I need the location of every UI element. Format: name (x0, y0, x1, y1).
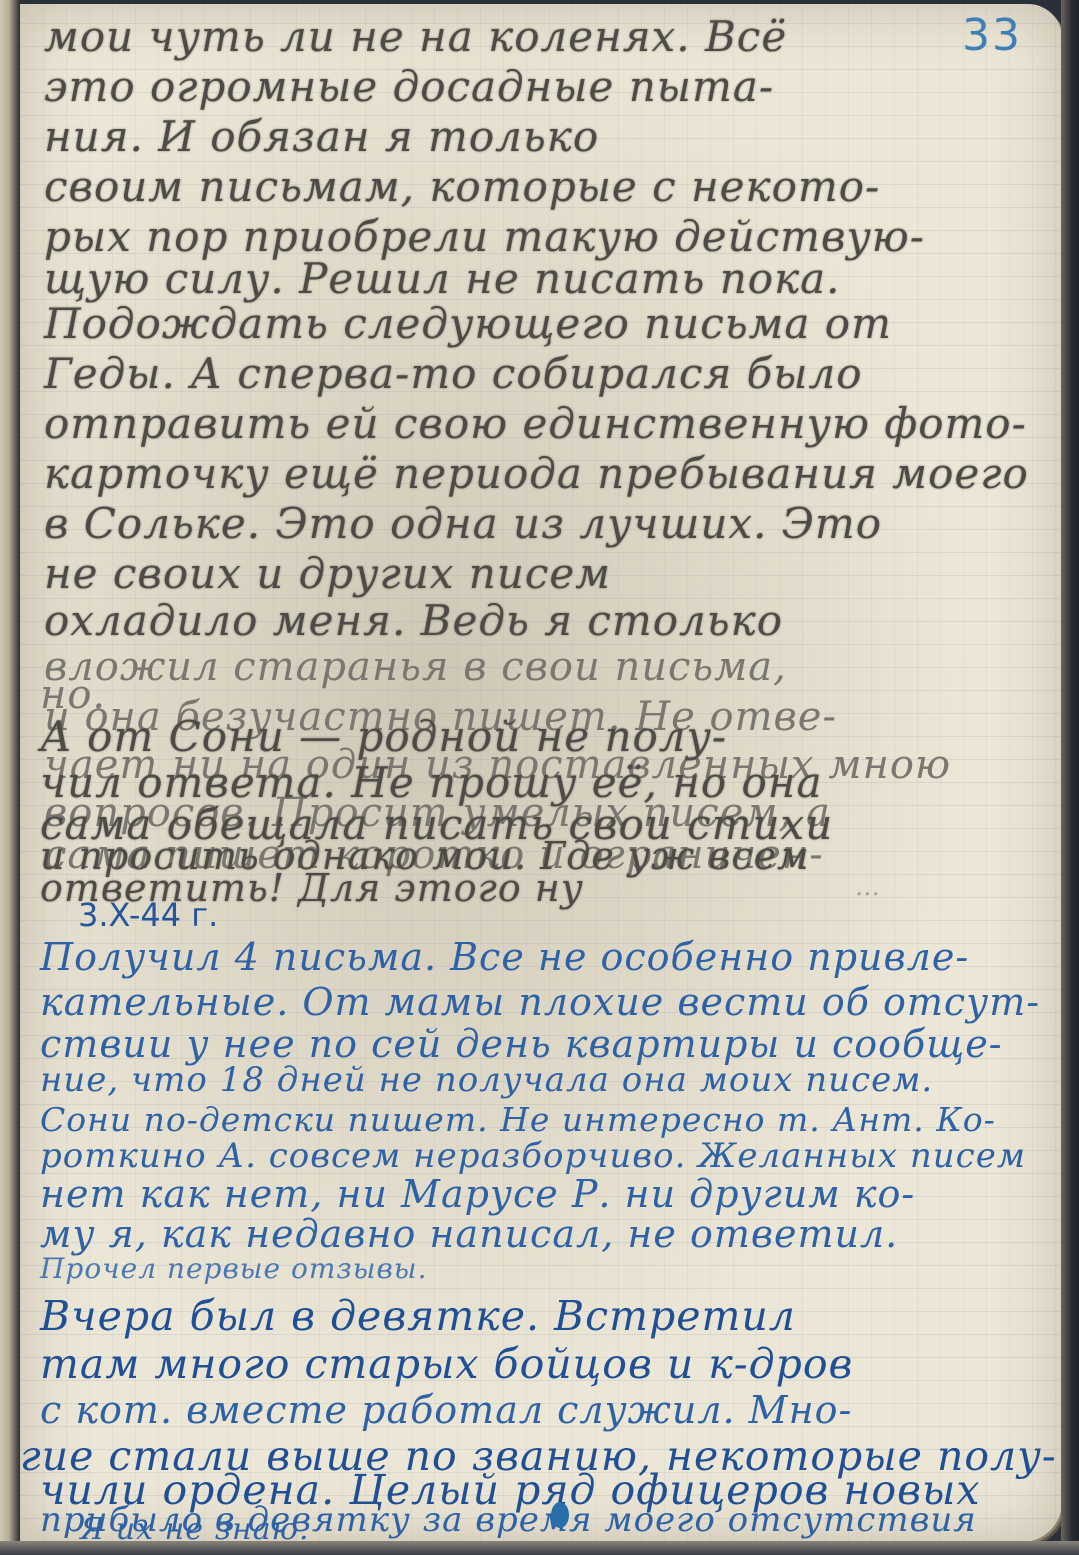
notebook-edge-bottom (0, 1541, 1079, 1555)
pencil-line: А от Сони — родной не полу- (40, 712, 727, 761)
pencil-line: в Сольке. Это одна из лучших. Это (44, 499, 882, 548)
ink-blot (551, 1502, 569, 1528)
ink-line: там много старых бойцов и к-дров (40, 1340, 853, 1388)
pencil-line: Геды. А сперва-то собирался было (44, 349, 863, 398)
pencil-line: ния. И обязан я только (44, 112, 599, 161)
pencil-line: щую силу. Решил не писать пока. (44, 254, 841, 303)
ink-line: Прочел первые отзывы. (40, 1252, 428, 1285)
ink-line: му я, как недавно написал, не ответил. (40, 1212, 898, 1256)
ink-line: Вчера был в девятке. Встретил (40, 1292, 796, 1340)
ink-line: с кот. вместе работал служил. Мно- (40, 1388, 852, 1432)
notebook-binding-left (0, 0, 22, 1555)
pencil-line: не своих и других писем (44, 549, 611, 598)
ink-line: нет как нет, ни Марусе Р. ни другим ко- (40, 1172, 915, 1216)
ink-line: Получил 4 письма. Все не особенно привле… (40, 935, 969, 979)
pencil-line: своим письмам, которые с некото- (44, 162, 880, 211)
pencil-line: отправить ей свою единственную фото- (44, 399, 1027, 448)
pencil-line: это огромные досадные пыта- (44, 62, 774, 111)
faint-margin-note: ... (855, 872, 880, 902)
notebook-edge-right (1061, 0, 1079, 1555)
pencil-line: мои чуть ли не на коленях. Всё (44, 12, 787, 61)
ink-line: роткино А. совсем неразборчиво. Желанных… (40, 1136, 1026, 1176)
pencil-line: охладило меня. Ведь я столько (44, 596, 783, 645)
ink-line: кательные. От мамы плохие вести об отсут… (40, 980, 1040, 1024)
entry-date: 3.X-44 г. (78, 896, 218, 934)
pencil-line: карточку ещё периода пребывания моего (44, 449, 1029, 498)
page-number: 33 (962, 10, 1022, 61)
pencil-line: вложил старанья в свои письма, (44, 644, 787, 690)
pencil-line: Подождать следующего письма от (44, 299, 892, 348)
ink-line: ние, что 18 дней не получала она моих пи… (40, 1060, 933, 1100)
ink-line: Сони по-детски пишет. Не интересно т. Ан… (40, 1100, 996, 1139)
